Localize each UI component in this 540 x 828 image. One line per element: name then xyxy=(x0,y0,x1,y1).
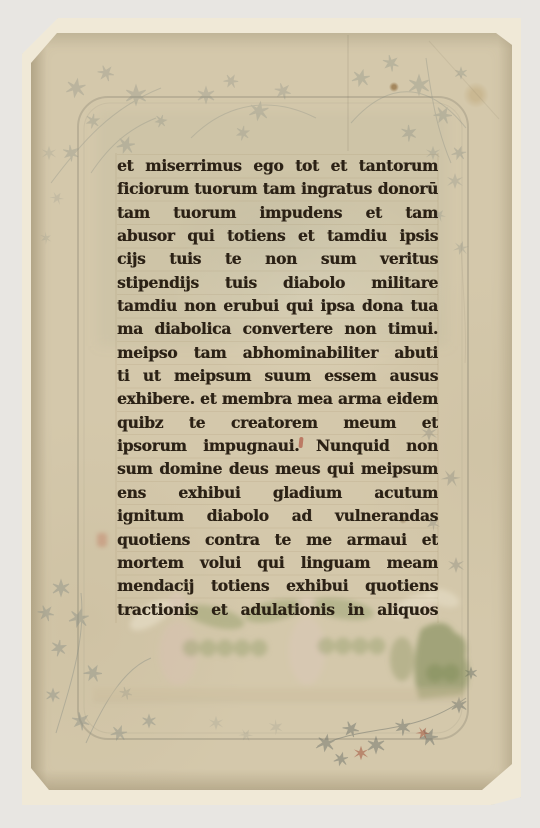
manuscript-line: mortem volui qui linguam meam arcum xyxy=(117,551,438,574)
manuscript-line: cijs tuis te non sum veritus impugnare q… xyxy=(117,247,438,270)
garland-scallops xyxy=(183,638,386,657)
manuscript-line: tamdiu non erubui qui ipsa dona tua in a… xyxy=(117,294,438,317)
seated-green-figure xyxy=(414,623,468,699)
manuscript-line: quotiens contra te me armaui et alienam xyxy=(117,528,438,551)
manuscript-line: mendacij totiens exhibui quotiens verba … xyxy=(117,574,438,597)
sprig-red-leaves xyxy=(354,724,432,760)
manuscript-line: sum domine deus meus qui meipsum toti xyxy=(117,457,438,480)
manuscript-line: exhibere. et membra mea arma eidem facē xyxy=(117,387,438,410)
manuscript-line: ipsorum impugnaui. Nunquid non ego xyxy=(117,434,438,457)
manuscript-line: quibz te creatorem meum et membrorum xyxy=(117,411,438,434)
manuscript-line: et miserrimus ego tot et tantorum bene xyxy=(117,154,438,177)
manuscript-line: stipendijs tuis diabolo militare totiens… xyxy=(117,271,438,294)
manuscript-line: tam tuorum impudens et tam execrabilis xyxy=(117,201,438,224)
manuscript-line: tractionis et adulationis in aliquos mis… xyxy=(117,598,438,621)
manuscript-line: ma diabolica convertere non timui. qui xyxy=(117,317,438,340)
manuscript-line: ignitum diabolo ad vulnerandas animas xyxy=(117,504,438,527)
sprig-left-margin xyxy=(38,146,66,246)
manuscript-line: abusor qui totiens et tamdiu ipsis benef… xyxy=(117,224,438,247)
frieze-base-band xyxy=(93,688,465,700)
rubric-bleed xyxy=(97,533,107,547)
manuscript-line: meipso tam abhominabiliter abuti presūp xyxy=(117,341,438,364)
manuscript-leaf: et miserrimus ego tot et tantorum bene f… xyxy=(31,33,512,790)
manuscript-line: ens exhibui gladium acutum flammeumt xyxy=(117,481,438,504)
manuscript-line: ficiorum tuorum tam ingratus donorū xyxy=(117,177,438,200)
photo-background: et miserrimus ego tot et tantorum bene f… xyxy=(0,0,540,828)
text-block: et miserrimus ego tot et tantorum bene f… xyxy=(117,154,438,621)
green-foliage-blob xyxy=(390,637,414,681)
manuscript-line: ti ut meipsum suum essem ausus diabolo xyxy=(117,364,438,387)
